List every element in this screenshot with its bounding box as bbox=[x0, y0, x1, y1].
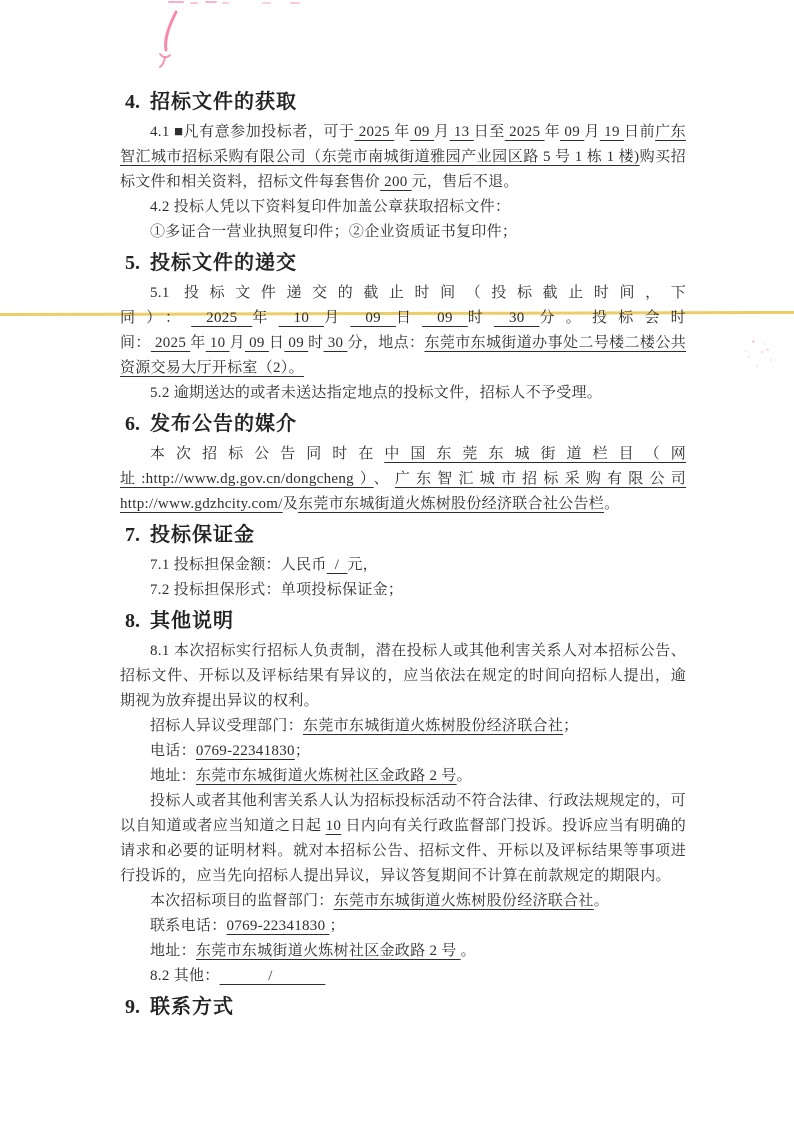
paragraph: 7.2 投标担保形式：单项投标保证金； bbox=[120, 578, 686, 603]
text-run: 时 bbox=[468, 310, 494, 326]
text-run: 及 bbox=[283, 496, 298, 512]
underlined-text: 2025 bbox=[354, 124, 394, 140]
red-scan-dash bbox=[168, 1, 184, 3]
text-run: 本次招标公告同时在 bbox=[150, 446, 384, 462]
paragraph: 联系电话：0769-22341830 ； bbox=[120, 914, 686, 939]
paragraph: 8.2 其他： / bbox=[120, 964, 686, 989]
underlined-text: 09 bbox=[560, 124, 584, 140]
section-title: 投标保证金 bbox=[150, 524, 255, 546]
underlined-text: 东莞市东城街道火炼树股份经济联合社 bbox=[334, 893, 594, 909]
text-run: 。 bbox=[461, 943, 476, 959]
underlined-text: 10 bbox=[206, 335, 230, 351]
underlined-text: 30 bbox=[324, 335, 348, 351]
text-run: 4.2 投标人凭以下资料复印件加盖公章获取招标文件： bbox=[150, 199, 510, 215]
section-number: 8. bbox=[125, 610, 140, 632]
red-scan-dash bbox=[190, 2, 198, 4]
section-heading: 8.其他说明 bbox=[120, 608, 686, 635]
text-run: 。 bbox=[604, 496, 619, 512]
paragraph: ①多证合一营业执照复印件；②企业资质证书复印件； bbox=[120, 220, 686, 245]
text-run: 日 bbox=[396, 310, 422, 326]
text-run: ； bbox=[329, 918, 344, 934]
underlined-text: / bbox=[220, 968, 326, 984]
paragraph: 电话：0769-22341830； bbox=[120, 739, 686, 764]
text-run: 日 bbox=[269, 335, 284, 351]
text-run: 电话： bbox=[150, 743, 196, 759]
red-scan-dash bbox=[222, 2, 229, 4]
underlined-text: / bbox=[327, 557, 348, 573]
text-run: 地址： bbox=[150, 943, 196, 959]
underlined-text: 东莞市东城街道火炼树社区金政路 2 号 bbox=[196, 943, 461, 959]
red-pen-mark bbox=[152, 10, 198, 68]
text-run: 分，地点： bbox=[347, 335, 424, 351]
section-title: 其他说明 bbox=[150, 610, 234, 632]
text-run: 。 bbox=[457, 768, 472, 784]
text-run: ①多证合一营业执照复印件；②企业资质证书复印件； bbox=[150, 224, 517, 240]
red-scan-dash bbox=[262, 2, 271, 4]
document-body: 4.招标文件的获取4.1 ■凡有意参加投标者，可于 2025 年 09 月 13… bbox=[120, 84, 686, 1025]
text-run: 4.1 ■凡有意参加投标者，可于 bbox=[150, 124, 354, 140]
paragraph: 8.1 本次招标实行招标人负责制，潜在投标人或其他利害关系人对本招标公告、招标文… bbox=[120, 639, 686, 714]
paragraph: 本次招标公告同时在中国东莞东城街道栏目（网址:http://www.dg.gov… bbox=[120, 442, 686, 517]
underlined-text: 2025 bbox=[191, 310, 252, 326]
text-run: 元，售后不退。 bbox=[412, 174, 519, 190]
underlined-text: 东莞市东城街道火炼树股份经济联合社 bbox=[303, 718, 563, 734]
section-title: 招标文件的获取 bbox=[150, 91, 297, 113]
paragraph: 7.1 投标担保金额：人民币 / 元， bbox=[120, 553, 686, 578]
underlined-text: 200 bbox=[380, 174, 412, 190]
underlined-text: 09 bbox=[422, 310, 468, 326]
text-run: ； bbox=[563, 718, 578, 734]
text-run: 月 bbox=[434, 124, 450, 140]
underlined-text: 09 bbox=[284, 335, 308, 351]
text-run: 地址： bbox=[150, 768, 196, 784]
section-title: 投标文件的递交 bbox=[150, 252, 297, 274]
text-run: 本次招标项目的监督部门： bbox=[150, 893, 334, 909]
underlined-text: 09 bbox=[350, 310, 396, 326]
text-run: 8.1 本次招标实行招标人负责制，潜在投标人或其他利害关系人对本招标公告、招标文… bbox=[120, 643, 686, 709]
section-number: 9. bbox=[125, 996, 140, 1018]
text-run: 。 bbox=[594, 893, 609, 909]
underlined-text: 09 bbox=[410, 124, 434, 140]
underlined-text: 13 bbox=[450, 124, 474, 140]
paragraph: 投标人或者其他利害关系人认为招标投标活动不符合法律、行政法规规定的，可以自知道或… bbox=[120, 789, 686, 889]
text-run: 年 bbox=[394, 124, 410, 140]
section-heading: 5.投标文件的递交 bbox=[120, 250, 686, 277]
paragraph: 5.2 逾期送达的或者未送达指定地点的投标文件，招标人不予受理。 bbox=[120, 381, 686, 406]
text-run: 7.2 投标担保形式：单项投标保证金； bbox=[150, 582, 403, 598]
text-run: 日前 bbox=[624, 124, 655, 140]
underlined-text: 10 bbox=[326, 818, 342, 834]
text-run: 月 bbox=[324, 310, 350, 326]
text-run: 元， bbox=[347, 557, 378, 573]
text-run: ； bbox=[295, 743, 310, 759]
section-heading: 6.发布公告的媒介 bbox=[120, 411, 686, 438]
paragraph: 招标人异议受理部门：东莞市东城街道火炼树股份经济联合社； bbox=[120, 714, 686, 739]
section-heading: 4.招标文件的获取 bbox=[120, 89, 686, 116]
underlined-text: 19 bbox=[600, 124, 624, 140]
text-run: 联系电话： bbox=[150, 918, 227, 934]
paragraph: 本次招标项目的监督部门：东莞市东城街道火炼树股份经济联合社。 bbox=[120, 889, 686, 914]
paragraph: 地址：东莞市东城街道火炼树社区金政路 2 号 。 bbox=[120, 939, 686, 964]
underlined-text: 东莞市东城街道火炼树股份经济联合社公告栏 bbox=[298, 496, 604, 512]
underlined-text: 东莞市东城街道火炼树社区金政路 2 号 bbox=[196, 768, 457, 784]
text-run: 年 bbox=[252, 310, 278, 326]
underlined-text: 10 bbox=[279, 310, 325, 326]
red-scan-dash bbox=[290, 2, 300, 4]
text-run: 月 bbox=[230, 335, 245, 351]
underlined-text: 0769-22341830 bbox=[196, 743, 295, 759]
underlined-text: 09 bbox=[245, 335, 269, 351]
section-heading: 9.联系方式 bbox=[120, 994, 686, 1021]
section-title: 联系方式 bbox=[150, 996, 234, 1018]
text-run: 、 bbox=[374, 471, 395, 487]
text-run: 招标人异议受理部门： bbox=[150, 718, 303, 734]
section-number: 4. bbox=[125, 91, 140, 113]
section-heading: 7.投标保证金 bbox=[120, 522, 686, 549]
underlined-text: 30 bbox=[494, 310, 540, 326]
underlined-text: 2025 bbox=[505, 124, 545, 140]
text-run: 7.1 投标担保金额：人民币 bbox=[150, 557, 327, 573]
text-run: 年 bbox=[190, 335, 205, 351]
section-number: 6. bbox=[125, 413, 140, 435]
text-run: 年 bbox=[545, 124, 561, 140]
text-run: 5.2 逾期送达的或者未送达指定地点的投标文件，招标人不予受理。 bbox=[150, 385, 602, 401]
text-run: 月 bbox=[584, 124, 600, 140]
paragraph: 地址：东莞市东城街道火炼树社区金政路 2 号。 bbox=[120, 764, 686, 789]
underlined-text: 0769-22341830 bbox=[227, 918, 330, 934]
section-number: 5. bbox=[125, 252, 140, 274]
section-title: 发布公告的媒介 bbox=[150, 413, 297, 435]
underlined-text: 2025 bbox=[151, 335, 190, 351]
section-number: 7. bbox=[125, 524, 140, 546]
text-run: 日至 bbox=[474, 124, 505, 140]
red-scan-dash bbox=[205, 1, 217, 3]
scanned-document-page: 4.招标文件的获取4.1 ■凡有意参加投标者，可于 2025 年 09 月 13… bbox=[0, 0, 794, 1123]
paragraph: 4.1 ■凡有意参加投标者，可于 2025 年 09 月 13 日至 2025 … bbox=[120, 120, 686, 195]
text-run: 8.2 其他： bbox=[150, 968, 220, 984]
paragraph: 4.2 投标人凭以下资料复印件加盖公章获取招标文件： bbox=[120, 195, 686, 220]
paragraph: 5.1 投标文件递交的截止时间（投标截止时间，下同）： 2025 年 10 月 … bbox=[120, 281, 686, 381]
text-run: 时 bbox=[308, 335, 323, 351]
